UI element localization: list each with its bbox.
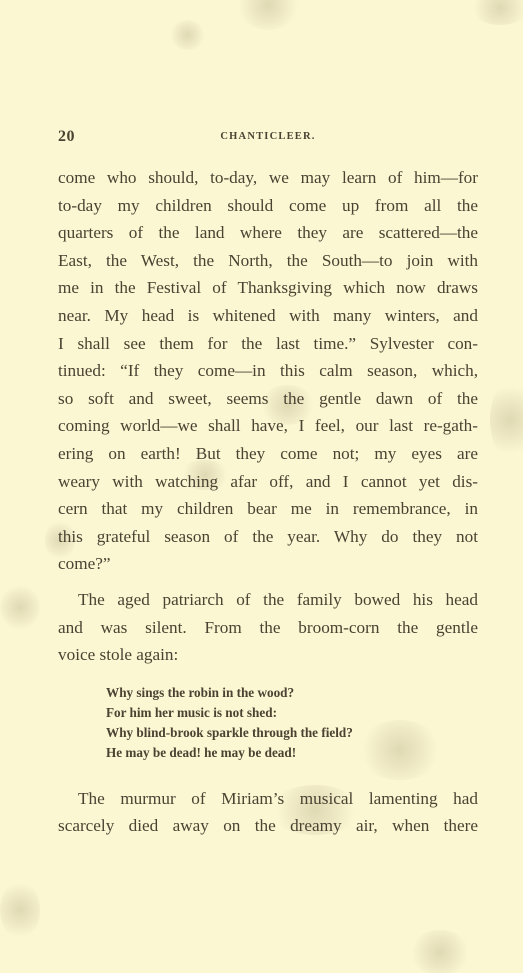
text-line: East, the West, the North, the South—to … [58,247,478,275]
foxing-stain [170,20,205,50]
foxing-stain [490,380,523,460]
paragraph: The aged patriarch of the family bowed h… [58,586,478,669]
foxing-stain [470,0,523,25]
text-line: I shall see them for the last time.” Syl… [58,330,478,358]
text-line: coming world—we shall have, I feel, our … [58,412,478,440]
text-line: come?” [58,550,478,578]
text-line: voice stole again: [58,641,478,669]
text-line: me in the Festival of Thanksgiving which… [58,274,478,302]
foxing-stain [410,930,470,973]
text-line: cern that my children bear me in remembr… [58,495,478,523]
book-page: 20 CHANTICLEER. come who should, to-day,… [58,128,478,840]
paragraph: The murmur of Miriam’s musical lamenting… [58,785,478,840]
verse-block: Why sings the robin in the wood? For him… [106,683,478,763]
verse-line: He may be dead! he may be dead! [106,743,478,763]
verse-line: Why sings the robin in the wood? [106,683,478,703]
body-text: come who should, to-day, we may learn of… [58,164,478,840]
paragraph: come who should, to-day, we may learn of… [58,164,478,578]
text-line: weary with watching afar off, and I cann… [58,468,478,496]
text-line: so soft and sweet, seems the gentle dawn… [58,385,478,413]
running-head: 20 CHANTICLEER. [58,128,478,148]
text-line: tinued: “If they come—in this calm seaso… [58,357,478,385]
text-line: near. My head is whitened with many wint… [58,302,478,330]
foxing-stain [0,585,40,630]
foxing-stain [0,880,40,940]
foxing-stain [238,0,298,30]
text-line: The murmur of Miriam’s musical lamenting… [58,785,478,813]
text-line: quarters of the land where they are scat… [58,219,478,247]
paragraph-gap [58,578,478,586]
text-line: The aged patriarch of the family bowed h… [58,586,478,614]
text-line: scarcely died away on the dreamy air, wh… [58,812,478,840]
text-line: this grateful season of the year. Why do… [58,523,478,551]
running-title: CHANTICLEER. [58,131,478,142]
text-line: come who should, to-day, we may learn of… [58,164,478,192]
text-line: and was silent. From the broom-corn the … [58,614,478,642]
text-line: ering on earth! But they come not; my ey… [58,440,478,468]
text-line: to-day my children should come up from a… [58,192,478,220]
verse-line: For him her music is not shed: [106,703,478,723]
verse-line: Why blind-brook sparkle through the fiel… [106,723,478,743]
